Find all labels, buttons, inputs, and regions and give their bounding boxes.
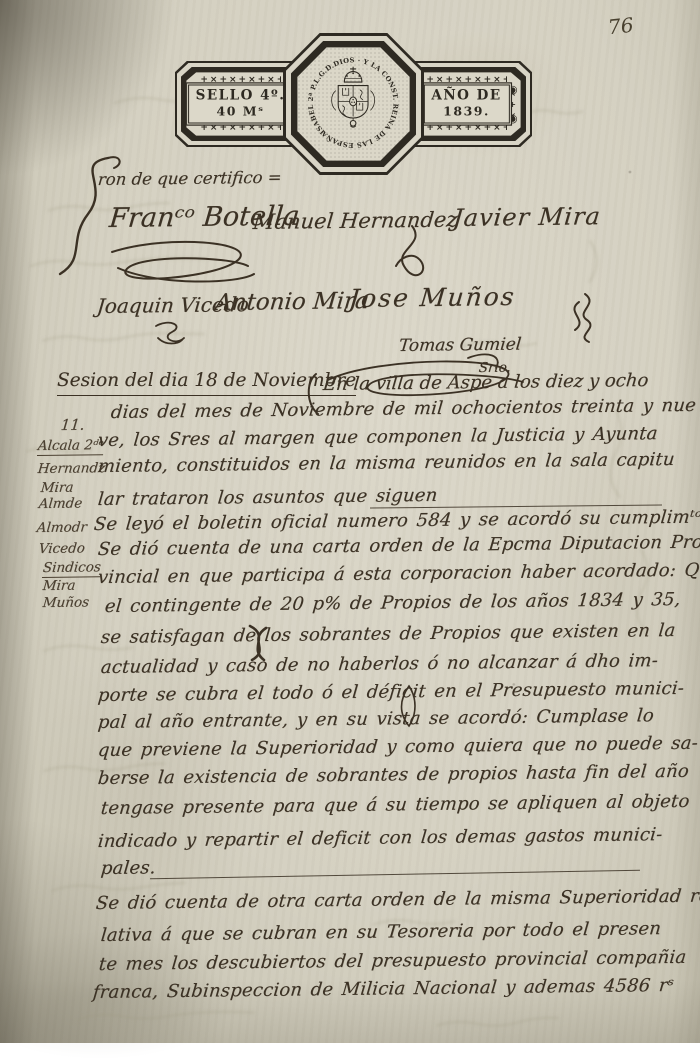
margin-note: Almde: [38, 497, 83, 511]
margin-note: Almodr: [36, 521, 87, 535]
margin-note: Alcala 2ᵈᵉ: [37, 439, 104, 455]
stamp-ano-text: AÑO DE: [431, 89, 501, 104]
svg-text:ISABEL 2ª P.L.G.D.DIOS · Y LA: ISABEL 2ª P.L.G.D.DIOS · Y LA CONST. REI…: [297, 47, 400, 149]
rubric-flourish-icon: [148, 316, 190, 350]
stamp-maravedis-text: 40 Mˢ: [196, 104, 286, 119]
session-opening-line: En la villa de Aspe a los diez y ocho: [322, 370, 649, 395]
folio-number: 76: [607, 15, 634, 38]
stamp-year-label: AÑO DE 1839.: [423, 85, 509, 124]
rubric-flourish-icon: [386, 222, 434, 288]
signature-javier-mira: Javier Mira: [452, 204, 602, 230]
royal-coat-of-arms-icon: ISABEL 2ª P.L.G.D.DIOS · Y LA CONST. REI…: [297, 47, 409, 160]
margin-note: Vicedo: [38, 542, 85, 556]
rubric-flourish-icon: [545, 290, 605, 346]
manuscript-line: pales.: [100, 859, 157, 878]
stamp-inscription: ISABEL 2ª P.L.G.D.DIOS · Y LA CONST. REI…: [297, 47, 400, 149]
stamp-denomination-label: SELLO 4º. 40 Mˢ: [188, 85, 294, 124]
margin-note: Hernandz: [37, 462, 106, 476]
signature-munos: Jose Muños: [348, 284, 517, 311]
stamp-year-text: 1839.: [431, 104, 501, 119]
margin-note: Mira: [40, 482, 74, 496]
margin-note: 11.: [60, 418, 85, 433]
rubric-flourish-icon: [98, 234, 268, 296]
manuscript-line: lar trataron los asuntos que siguen: [97, 487, 438, 509]
certification-line: ron de que certifico =: [97, 168, 283, 189]
manuscript-page: 76 +×+×+×+×+ +×+×+×+×+ ◉ ◉ × + × + × + S…: [0, 0, 700, 1043]
stamp-octagon: ISABEL 2ª P.L.G.D.DIOS · Y LA CONST. REI…: [283, 33, 424, 175]
stamp-ornament-row: +×+×+×+×+: [426, 123, 506, 133]
ink-blot-icon: [396, 684, 422, 728]
margin-note: Mira: [42, 580, 76, 594]
stamp-sello-text: SELLO 4º.: [196, 89, 286, 104]
signature-antonio-mira: Antonio Mira: [214, 290, 370, 315]
revenue-stamp: +×+×+×+×+ +×+×+×+×+ ◉ ◉ × + × + × + SELL…: [175, 33, 532, 175]
margin-note: Muños: [42, 596, 90, 610]
ink-blot-icon: [240, 622, 278, 664]
margin-note: Sindicos: [42, 561, 101, 577]
stamp-ornament-row: +×+×+×+×+: [200, 123, 280, 133]
